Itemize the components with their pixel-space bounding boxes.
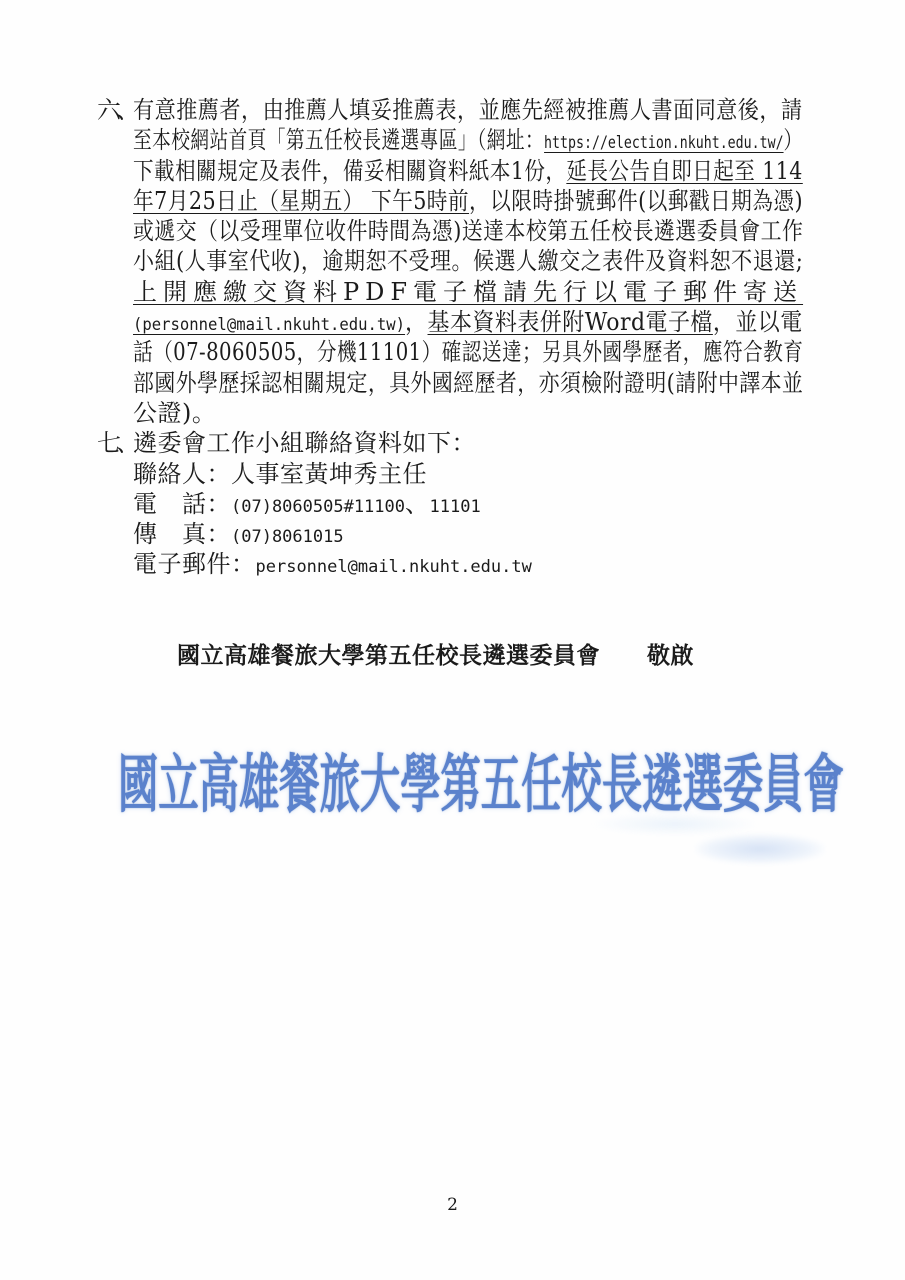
text-segment: 話（07-8060505，分機11101）確認送達；另具外國學歷者，應符合教育 [133, 338, 803, 366]
line-content: 電子郵件：personnel@mail.nkuht.edu.tw [133, 549, 532, 582]
signature-line: 國立高雄餐旅大學第五任校長遴選委員會 敬啟 [177, 637, 694, 670]
text-segment: (07)8060505#11100 [231, 497, 405, 517]
line-content: 遴委會工作小組聯絡資料如下： [133, 428, 476, 458]
text-line: 上開應繳交資料PDF電子檔請先行以電子郵件寄送 [133, 277, 803, 307]
text-segment: 11101 [430, 497, 481, 517]
line-content: 或遞交（以受理單位收件時間為憑)送達本校第五任校長遴選委員會工作 [133, 216, 803, 246]
list-item-marker: 六、 [97, 95, 133, 125]
document-page: 六、有意推薦者，由推薦人填妥推薦表，並應先經被推薦人書面同意後，請至本校網站首頁… [0, 0, 905, 1280]
text-line: 七、遴委會工作小組聯絡資料如下： [97, 428, 803, 458]
text-line: 小組(人事室代收)，逾期恕不受理。候選人繳交之表件及資料恕不退還; [133, 246, 803, 276]
text-segment: 部國外學歷採認相關規定，具外國經歷者，亦須檢附證明(請附中譯本並 [133, 369, 803, 397]
line-content: 上開應繳交資料PDF電子檔請先行以電子郵件寄送 [133, 277, 803, 307]
line-content: 聯絡人：人事室黃坤秀主任 [133, 459, 427, 489]
text-segment: 至本校網站首頁「第五任校長遴選專區」（網址： [133, 126, 544, 154]
text-line: 傳 真：(07)8061015 [133, 519, 803, 549]
text-segment: 上開應繳交資料PDF電子檔請先行以電子郵件寄送 [133, 278, 803, 306]
text-segment: 、 [405, 490, 430, 518]
text-segment: (07)8061015 [231, 527, 344, 547]
line-content: 下載相關規定及表件，備妥相關資料紙本1份，延長公告自即日起至 114 [133, 156, 803, 186]
text-line: 電子郵件：personnel@mail.nkuht.edu.tw [133, 549, 803, 579]
text-line: 公證)。 [133, 398, 803, 428]
text-segment: 年7月25日止（星期五） 下午5時前 [133, 187, 469, 215]
page-number: 2 [0, 1195, 905, 1215]
document-body: 六、有意推薦者，由推薦人填妥推薦表，並應先經被推薦人書面同意後，請至本校網站首頁… [97, 95, 803, 580]
text-segment: 基本資料表併附Word電子檔 [428, 308, 713, 336]
line-content: 年7月25日止（星期五） 下午5時前，以限時掛號郵件(以郵戳日期為憑) [133, 186, 803, 216]
text-segment: 聯絡人：人事室黃坤秀主任 [133, 460, 427, 488]
list-item-marker: 七、 [97, 428, 133, 458]
text-line: 聯絡人：人事室黃坤秀主任 [133, 459, 803, 489]
text-line: 年7月25日止（星期五） 下午5時前，以限時掛號郵件(以郵戳日期為憑) [133, 186, 803, 216]
text-segment: 小組(人事室代收)，逾期恕不受理。候選人繳交之表件及資料恕不退還; [133, 247, 803, 275]
line-content: 有意推薦者，由推薦人填妥推薦表，並應先經被推薦人書面同意後，請 [133, 95, 803, 125]
text-segment: ） [784, 126, 803, 154]
text-line: (personnel@mail.nkuht.edu.tw)，基本資料表併附Wor… [133, 307, 803, 337]
text-segment: 有意推薦者，由推薦人填妥推薦表，並應先經被推薦人書面同意後，請 [133, 96, 803, 124]
text-line: 電 話：(07)8060505#11100、11101 [133, 489, 803, 519]
ink-smudge [695, 834, 825, 864]
election-url-link[interactable]: https://election.nkuht.edu.tw/ [544, 133, 783, 153]
text-segment: 傳 真： [133, 520, 231, 548]
text-segment: 下載相關規定及表件，備妥相關資料紙本1份， [133, 157, 566, 185]
text-segment: 或遞交（以受理單位收件時間為憑)送達本校第五任校長遴選委員會工作 [133, 217, 803, 245]
line-content: (personnel@mail.nkuht.edu.tw)，基本資料表併附Wor… [133, 307, 803, 340]
committee-ink-stamp: 國立高雄餐旅大學第五任校長遴選委員會 [118, 745, 844, 823]
text-segment: 公證)。 [133, 399, 216, 427]
submission-email-link[interactable]: (personnel@mail.nkuht.edu.tw) [133, 315, 405, 335]
text-line: 部國外學歷採認相關規定，具外國經歷者，亦須檢附證明(請附中譯本並 [133, 368, 803, 398]
text-line: 至本校網站首頁「第五任校長遴選專區」（網址：https://election.n… [133, 125, 803, 155]
line-content: 傳 真：(07)8061015 [133, 519, 344, 552]
text-segment: 電 話： [133, 490, 231, 518]
line-content: 至本校網站首頁「第五任校長遴選專區」（網址：https://election.n… [133, 125, 803, 158]
contact-email-text: personnel@mail.nkuht.edu.tw [256, 557, 532, 577]
text-line: 或遞交（以受理單位收件時間為憑)送達本校第五任校長遴選委員會工作 [133, 216, 803, 246]
text-line: 下載相關規定及表件，備妥相關資料紙本1份，延長公告自即日起至 114 [133, 156, 803, 186]
text-segment: ，以限時掛號郵件(以郵戳日期為憑) [469, 187, 803, 215]
text-segment: 延長公告自即日起至 114 [566, 157, 802, 185]
text-line: 話（07-8060505，分機11101）確認送達；另具外國學歷者，應符合教育 [133, 337, 803, 367]
line-content: 部國外學歷採認相關規定，具外國經歷者，亦須檢附證明(請附中譯本並 [133, 368, 803, 398]
text-line: 六、有意推薦者，由推薦人填妥推薦表，並應先經被推薦人書面同意後，請 [97, 95, 803, 125]
text-segment: 電子郵件： [133, 550, 256, 578]
line-content: 話（07-8060505，分機11101）確認送達；另具外國學歷者，應符合教育 [133, 337, 803, 367]
line-content: 電 話：(07)8060505#11100、11101 [133, 489, 481, 522]
text-segment: ，並以電 [713, 308, 803, 336]
line-content: 小組(人事室代收)，逾期恕不受理。候選人繳交之表件及資料恕不退還; [133, 246, 803, 276]
text-segment: ， [405, 308, 427, 336]
line-content: 公證)。 [133, 398, 216, 428]
text-segment: 遴委會工作小組聯絡資料如下： [133, 429, 476, 457]
